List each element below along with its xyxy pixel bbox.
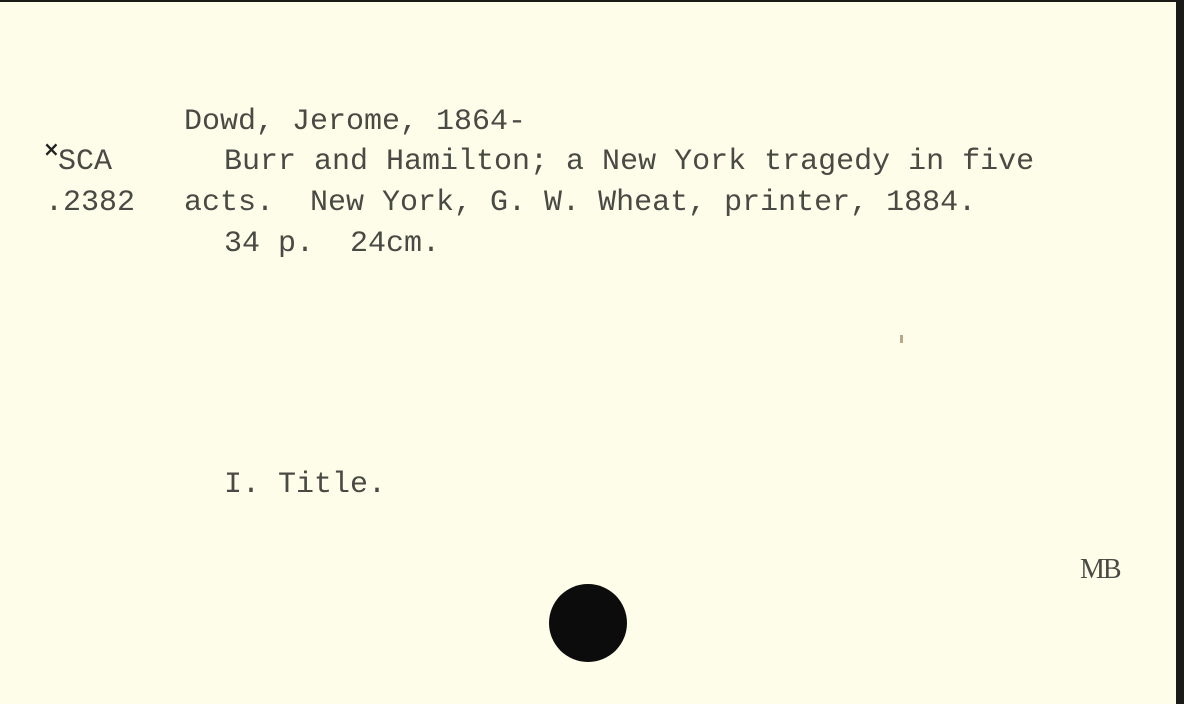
call-number-line-1: SCA: [58, 147, 112, 177]
call-number-line-2: .2382: [45, 188, 135, 218]
location-code: MB: [1080, 554, 1120, 586]
tracing: I. Title.: [224, 470, 386, 500]
collation: 34 p. 24cm.: [224, 229, 440, 259]
title-line-2: acts. New York, G. W. Wheat, printer, 18…: [184, 188, 976, 218]
punch-hole: [549, 584, 627, 662]
title-line-1: Burr and Hamilton; a New York tragedy in…: [224, 147, 1034, 177]
author-heading: Dowd, Jerome, 1864-: [184, 107, 526, 137]
ink-speck: [900, 335, 903, 343]
catalog-card: Dowd, Jerome, 1864- × SCA .2382 Burr and…: [0, 2, 1176, 704]
